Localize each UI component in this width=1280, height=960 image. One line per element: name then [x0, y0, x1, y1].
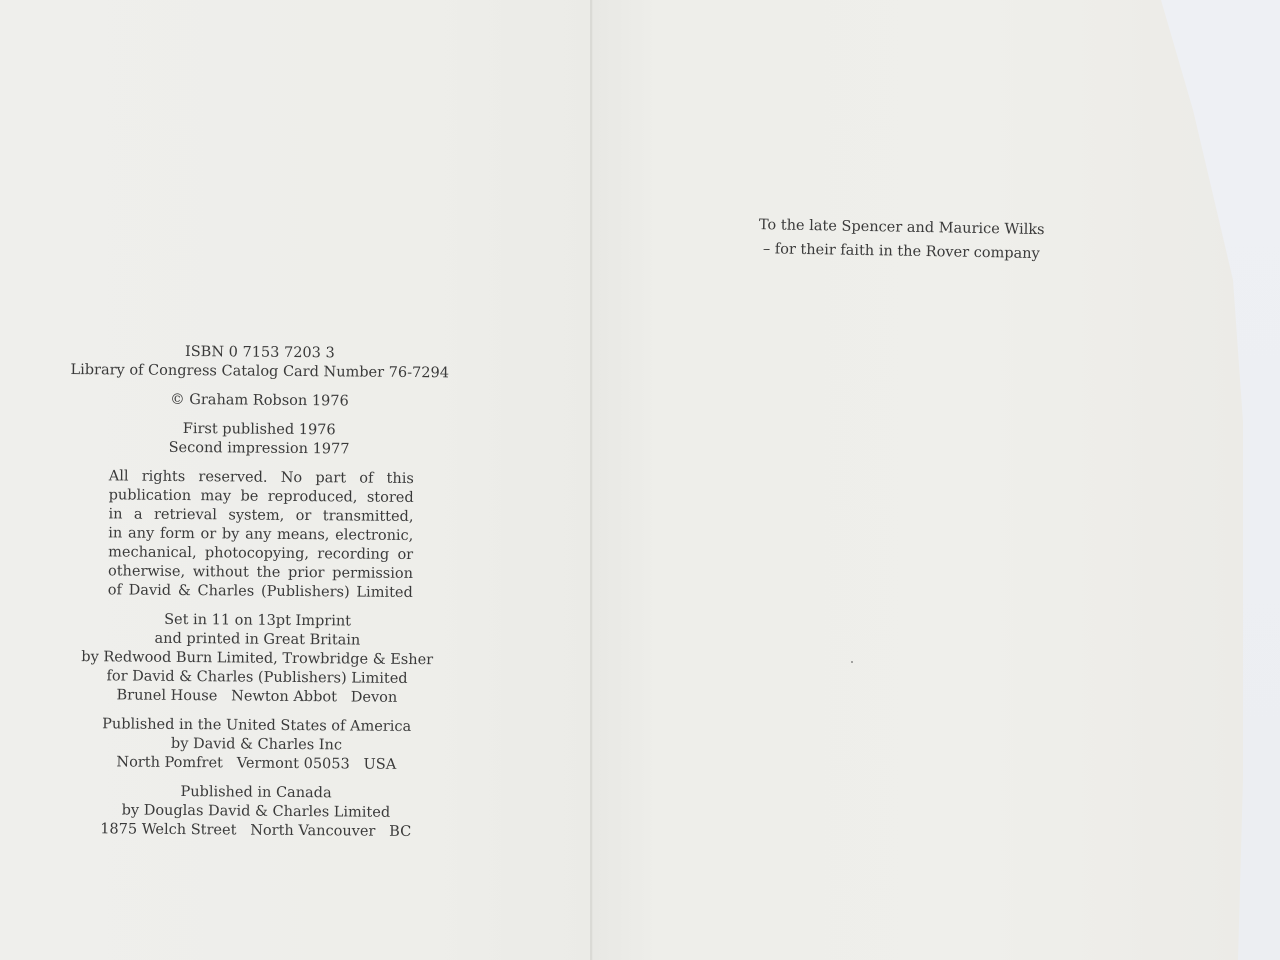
open-book-photo: ISBN 0 7153 7203 3 Library of Congress C… [0, 0, 1280, 960]
publication-history: First published 1976 Second impression 1… [69, 419, 449, 460]
paper-speck [851, 661, 853, 663]
copyright-notice: © Graham Robson 1976 [69, 390, 449, 412]
dedication: To the late Spencer and Maurice Wilks – … [751, 213, 1052, 266]
rights-notice: All rights reserved. No part of this pub… [108, 467, 414, 603]
canada-publisher: Published in Canada by Douglas David & C… [66, 782, 446, 842]
dedication-page [593, 0, 1243, 960]
us-publisher-line: Published in the United States of Americ… [67, 715, 447, 737]
history-line: Second impression 1977 [69, 438, 449, 460]
printing-info: Set in 11 on 13pt Imprint and printed in… [67, 610, 448, 708]
book-gutter [590, 0, 593, 960]
rights-line: of David & Charles (Publishers) Limited [108, 581, 413, 603]
printing-line: Brunel House Newton Abbot Devon [67, 686, 447, 708]
catalog-info: ISBN 0 7153 7203 3 Library of Congress C… [70, 342, 450, 383]
canada-publisher-line: 1875 Welch Street North Vancouver BC [66, 820, 446, 842]
copyright-page: ISBN 0 7153 7203 3 Library of Congress C… [0, 0, 593, 960]
lccn-line: Library of Congress Catalog Card Number … [70, 361, 450, 383]
us-publisher: Published in the United States of Americ… [66, 715, 446, 775]
copyright-line: © Graham Robson 1976 [69, 390, 449, 412]
copyright-block: ISBN 0 7153 7203 3 Library of Congress C… [66, 342, 450, 852]
us-publisher-line: North Pomfret Vermont 05053 USA [66, 753, 446, 775]
